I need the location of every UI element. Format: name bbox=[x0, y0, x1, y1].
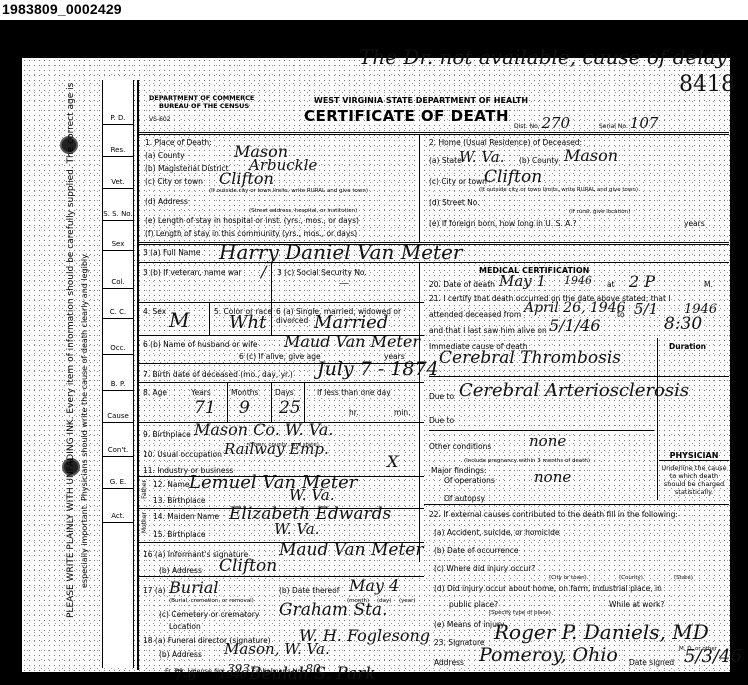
city-note: (If outside city or town limits, write R… bbox=[209, 188, 368, 194]
place-label: (d) Did injury occur about home, on farm… bbox=[434, 584, 662, 593]
filed-label: 19. Filed bbox=[143, 675, 175, 684]
hr-label: hr. bbox=[349, 408, 359, 417]
margin-code: Vet. bbox=[103, 178, 133, 189]
res-street-note: (If rural, give location) bbox=[569, 209, 630, 215]
date-signed-label: Date signed bbox=[629, 658, 674, 667]
burial-date-value: May 4 bbox=[349, 576, 399, 595]
dept-heading: DEPARTMENT OF COMMERCE BUREAU OF THE CEN… bbox=[149, 94, 254, 110]
veteran-label: 3 (b) If veteran, name war bbox=[143, 268, 242, 277]
sig-address-value: Pomeroy, Ohio bbox=[479, 644, 618, 666]
autopsy-label: Of autopsy bbox=[444, 494, 485, 503]
cemetery-label: (c) Cemetery or crematory bbox=[159, 610, 259, 619]
physician-signature: Roger P. Daniels, MD bbox=[494, 620, 709, 644]
director-address-label: (b) Address bbox=[159, 650, 202, 659]
stamp-number: 8418 bbox=[679, 72, 735, 97]
where-county-note: (County) bbox=[619, 575, 643, 581]
physician-heading: PHYSICIAN bbox=[659, 452, 729, 461]
age-days-label: Days bbox=[275, 388, 294, 397]
birth-date-value: July 7 - 1874 bbox=[317, 358, 439, 380]
dept-line-1: DEPARTMENT OF COMMERCE bbox=[149, 94, 254, 102]
residence-heading: 2. Home (Usual Residence) of Deceased: bbox=[429, 138, 582, 147]
date-signed-value: 5/3/46 bbox=[684, 646, 742, 667]
last-seen-label: and that I last saw him alive on bbox=[429, 326, 547, 335]
other-label: Other conditions bbox=[429, 442, 491, 451]
margin-code: S. S. No. bbox=[103, 210, 133, 221]
color-value: Wht bbox=[229, 312, 266, 333]
informant-value: Maud Van Meter bbox=[279, 540, 423, 560]
birth-date-label: 7. Birth date of deceased (mo., day, yr.… bbox=[143, 370, 293, 379]
mother-birthplace-label: 15. Birthplace bbox=[153, 530, 206, 539]
father-side-label: Father bbox=[141, 480, 148, 499]
father-name-label: 12. Name bbox=[153, 480, 189, 489]
cemetery-value: Graham Sta. bbox=[279, 600, 387, 620]
less-day-label: If less than one day bbox=[317, 388, 391, 397]
attended-to: 5/1 bbox=[634, 300, 658, 318]
spouse-value: Maud Van Meter bbox=[284, 332, 420, 351]
res-county-value: Mason bbox=[564, 146, 618, 165]
spouse-label: 6 (b) Name of husband or wife bbox=[143, 340, 257, 349]
public-label: public place? bbox=[449, 600, 498, 609]
document-id: 1983809_0002429 bbox=[2, 1, 122, 17]
director-address-value: Mason, W. Va. bbox=[224, 640, 330, 658]
margin-code: Occ. bbox=[103, 344, 133, 355]
margin-code: Res. bbox=[103, 146, 133, 157]
due-to-value-1: Cerebral Arteriosclerosis bbox=[459, 380, 689, 401]
margin-code: P. D. bbox=[103, 114, 133, 125]
dept-line-2: BUREAU OF THE CENSUS bbox=[149, 102, 254, 110]
signature-label: 23. Signature bbox=[434, 638, 485, 647]
res-state-value: W. Va. bbox=[459, 148, 505, 166]
duration-label: Duration bbox=[669, 342, 706, 351]
margin-code: G. E. bbox=[103, 478, 133, 489]
district-label: (b) Magisterial District bbox=[145, 164, 229, 173]
address-note: (Street address, hospital, or institutio… bbox=[249, 208, 357, 214]
time-label: at bbox=[607, 280, 615, 289]
document-id-bar: 1983809_0002429 bbox=[0, 0, 748, 20]
findings-label: Major findings: bbox=[431, 466, 486, 475]
res-county-label: (b) County bbox=[519, 156, 559, 165]
place-note: (Specify type of place) bbox=[489, 610, 551, 616]
operations-value: none bbox=[534, 468, 571, 486]
serial-no: Serial No. 107 bbox=[599, 114, 658, 132]
marital-value: Married bbox=[314, 312, 388, 333]
where-state-note: (State) bbox=[674, 575, 693, 581]
margin-code: C. C. bbox=[103, 308, 133, 319]
operations-label: Of operations bbox=[444, 476, 495, 485]
last-seen-value: 5/1/46 bbox=[549, 316, 601, 335]
burial-note: (Burial, cremation, or removal) bbox=[169, 598, 254, 604]
registrar-signature: Beulah S. Park bbox=[249, 664, 376, 684]
where-city-note: (City or town) bbox=[549, 575, 587, 581]
other-value: none bbox=[529, 432, 566, 450]
physician-box: PHYSICIAN Underline the cause to which d… bbox=[659, 452, 729, 496]
father-birthplace-value: W. Va. bbox=[289, 486, 335, 504]
date-death-value: May 1 bbox=[499, 272, 546, 290]
sig-address-label: Address bbox=[434, 658, 464, 667]
birthplace-label: 9. Birthplace bbox=[143, 430, 191, 439]
sex-value: M bbox=[169, 308, 189, 332]
due-to-label-2: Due to bbox=[429, 416, 454, 425]
margin-code: Col. bbox=[103, 278, 133, 289]
occupation-value: Railway Emp. bbox=[224, 440, 329, 458]
res-street-label: (d) Street No. bbox=[429, 198, 480, 207]
res-city-value: Clifton bbox=[484, 167, 542, 187]
date-note-year: (year) bbox=[399, 598, 416, 604]
address-label: (d) Address bbox=[145, 197, 188, 206]
mother-birthplace-value: W. Va. bbox=[274, 520, 320, 538]
occurrence-date-label: (b) Date of occurrence bbox=[434, 546, 519, 555]
occupation-label: 10. Usual occupation bbox=[143, 450, 222, 459]
ssn-value: — bbox=[339, 278, 349, 289]
age-years-label: Years bbox=[191, 388, 211, 397]
age-months-value: 9 bbox=[239, 398, 250, 418]
time-value: 2 P bbox=[629, 272, 655, 291]
immediate-value: Cerebral Thrombosis bbox=[439, 348, 621, 368]
place-of-death-heading: 1. Place of Death: bbox=[145, 138, 212, 147]
header-annotation: The Dr. not available, cause of delay bbox=[359, 45, 727, 69]
accident-label: (a) Accident, suicide, or homicide bbox=[434, 528, 559, 537]
foreign-unit: years bbox=[684, 219, 705, 228]
min-label: min. bbox=[394, 408, 411, 417]
mother-side-label: Mother bbox=[141, 512, 148, 533]
age-days-value: 25 bbox=[279, 398, 301, 418]
res-city-note: (If outside city or town limits, write R… bbox=[479, 187, 638, 193]
father-birthplace-label: 13. Birthplace bbox=[153, 496, 206, 505]
age-label: 8. Age bbox=[143, 388, 167, 397]
age-months-label: Months bbox=[231, 388, 258, 397]
res-city-label: (c) City or town bbox=[429, 177, 487, 186]
ssn-label: 3 (c) Social Security No. bbox=[277, 268, 407, 277]
filed-year: 1946 bbox=[219, 668, 247, 681]
date-death-year: 1946 bbox=[564, 274, 592, 287]
time-unit: M. bbox=[704, 280, 713, 289]
stay-community-label: (f) Length of stay in this community (yr… bbox=[145, 229, 357, 238]
birthplace-value: Mason Co. W. Va. bbox=[194, 420, 333, 439]
physician-note: Underline the cause to which death shoul… bbox=[659, 464, 729, 496]
pregnancy-note: (Include pregnancy within 3 months of de… bbox=[464, 458, 590, 464]
sex-label: 4. Sex bbox=[143, 307, 166, 316]
time-seen: 8:30 bbox=[664, 314, 702, 334]
full-name-label: 3 (a) Full Name bbox=[143, 248, 200, 257]
margin-code: Con't. bbox=[103, 446, 133, 457]
work-label: While at work? bbox=[609, 600, 664, 609]
foreign-label: (e) If foreign born, how long in U. S. A… bbox=[429, 219, 576, 228]
state-department: WEST VIRGINIA STATE DEPARTMENT OF HEALTH bbox=[314, 96, 528, 105]
margin-instructions-1: PLEASE WRITE PLAINLY WITH UNFADING INK. … bbox=[66, 83, 76, 618]
full-name-value: Harry Daniel Van Meter bbox=[219, 240, 463, 264]
margin-code: Cause bbox=[103, 412, 133, 423]
mother-name-label: 14. Maiden Name bbox=[153, 512, 219, 521]
burial-value: Burial bbox=[169, 578, 218, 597]
where-label: (c) Where did injury occur? bbox=[434, 564, 535, 573]
burial-label: 17 (a) bbox=[143, 586, 165, 595]
margin-code: Act. bbox=[103, 512, 133, 523]
margin-code: Sex bbox=[103, 240, 133, 251]
attended-from: April 26, 1946 bbox=[524, 300, 626, 316]
filed-value: 7-6 bbox=[174, 668, 197, 684]
spouse-age-label: 6 (c) If alive, give age bbox=[239, 352, 321, 361]
stay-hospital-label: (e) Length of stay in hospital or inst. … bbox=[145, 216, 359, 225]
age-years-value: 71 bbox=[194, 398, 216, 418]
date-death-label: 20. Date of death bbox=[429, 280, 495, 289]
margin-code-column: P. D.Res.Vet.S. S. No.SexCol.C. C.Occ.B.… bbox=[102, 80, 134, 668]
external-heading: 22. If external causes contributed to th… bbox=[429, 510, 678, 519]
certificate-title: CERTIFICATE OF DEATH bbox=[304, 107, 509, 125]
burial-date-label: (b) Date thereof bbox=[279, 586, 339, 595]
due-to-label-1: Due to bbox=[429, 392, 454, 401]
industry-value: X bbox=[387, 452, 398, 471]
city-value: Clifton bbox=[219, 169, 274, 188]
veteran-value: / bbox=[261, 262, 266, 281]
margin-instructions-2: especially important. Physicians should … bbox=[80, 253, 89, 588]
county-label: (a) County bbox=[145, 151, 185, 160]
attended-label: attended deceased from bbox=[429, 310, 521, 319]
form-code: VS-602 bbox=[149, 116, 171, 123]
dist-no: Dist. No. 270 bbox=[514, 114, 570, 132]
location-label: Location bbox=[169, 622, 201, 631]
informant-address-label: (b) Address bbox=[159, 566, 202, 575]
res-state-label: (a) State bbox=[429, 156, 462, 165]
informant-address-value: Clifton bbox=[219, 556, 277, 576]
certificate-form: DEPARTMENT OF COMMERCE BUREAU OF THE CEN… bbox=[137, 80, 732, 670]
attended-to-label: to bbox=[617, 310, 625, 319]
margin-code: B. P. bbox=[103, 380, 133, 391]
city-label: (c) City or town bbox=[145, 177, 203, 186]
